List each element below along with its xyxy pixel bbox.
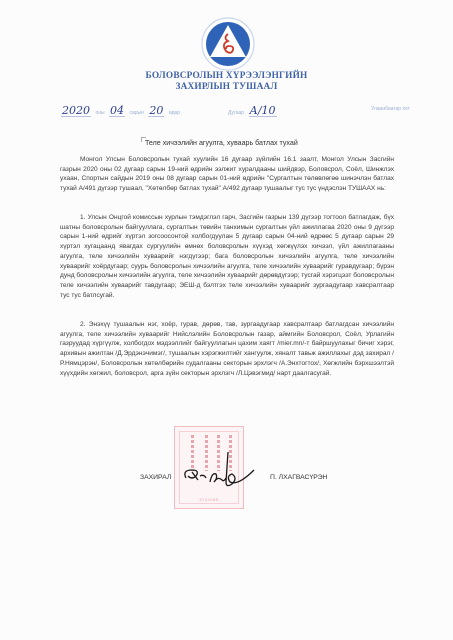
date-month: 04 [109,105,125,117]
clause-1-text: 1. Улсын Онцгой комиссын хурлын тэмдэглэ… [60,213,394,300]
org-title-line2: ЗАХИРЛЫН ТУШААЛ [0,82,453,93]
month-suffix: сарын [130,110,144,116]
order-number: Дугаар А/10 [228,101,277,119]
number-label: Дугаар [228,110,244,116]
day-suffix: өдөр [169,110,180,116]
institute-emblem-icon [200,16,256,72]
date-day: 20 [148,105,164,117]
order-place: Улаанбаатар хот [371,106,410,112]
clause-2-text: 2. Энэхүү тушаалын нэг, хоёр, гурав, дөр… [60,320,394,378]
preamble-text: Монгол Улсын Боловсролын тухай хуулийн 1… [60,155,394,194]
org-title: БОЛОВСРОЛЫН ХҮРЭЭЛЭНГИЙН ЗАХИРЛЫН ТУШААЛ [0,71,453,93]
org-title-line1: БОЛОВСРОЛЫН ХҮРЭЭЛЭНГИЙН [0,71,453,82]
date-year: 2020 [61,105,91,117]
order-meta: 2020 оны 04 сарын 20 өдөр Дугаар А/10 Ул… [0,101,453,119]
order-date: 2020 оны 04 сарын 20 өдөр [61,101,180,119]
order-document: БОЛОВСРОЛЫН ХҮРЭЭЛЭНГИЙН ЗАХИРЛЫН ТУШААЛ… [0,0,453,640]
year-suffix: оны [95,110,104,116]
preamble-paragraph: Монгол Улсын Боловсролын тухай хуулийн 1… [60,155,394,194]
number-value: А/10 [249,105,277,117]
order-subject: Теле хичээлийн агуулга, хуваарь батлах т… [145,139,298,147]
clause-1: 1. Улсын Онцгой комиссын хурлын тэмдэглэ… [60,213,394,300]
clause-2: 2. Энэхүү тушаалын нэг, хоёр, гурав, дөр… [60,320,394,378]
signature-icon [180,448,260,498]
director-name: П. ЛХАГВАСҮРЭН [270,474,328,481]
director-title: ЗАХИРАЛ [140,474,171,481]
